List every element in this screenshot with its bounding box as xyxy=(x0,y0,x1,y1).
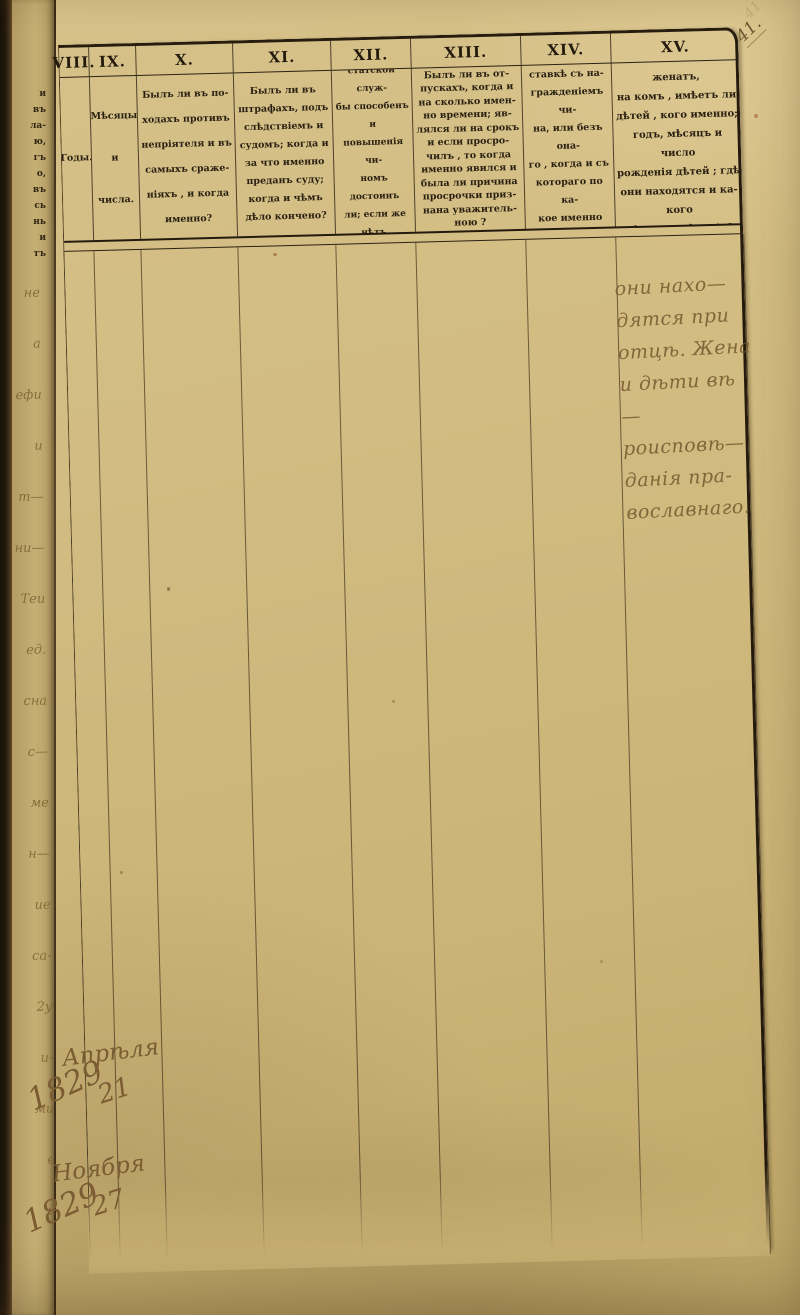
handwritten-family-note: они нахо— дятся при отцѣ. Жена и дѣти вѣ… xyxy=(614,266,761,529)
column-x-numeral: X. xyxy=(136,43,234,75)
paper-speck xyxy=(600,960,603,963)
paper-speck xyxy=(392,700,395,703)
table-bottom-fade xyxy=(87,1166,770,1274)
column-x-heading: Былъ ли въ по- ходахъ противъ непріятеля… xyxy=(137,73,238,238)
column-xiii-numeral: XIII. xyxy=(411,36,522,68)
paper-speck xyxy=(120,871,123,874)
column-xiv-numeral: XIV. xyxy=(521,34,612,65)
column-xi-heading: Былъ ли въ штрафахъ, подъ слѣдствіемъ и … xyxy=(234,71,336,237)
column-xiv-heading: Былъ ли въ от- ставкѣ съ на- гражденіемъ… xyxy=(522,64,616,229)
column-headings-row: Годы. Мѣсяцы и числа. Былъ ли въ по- ход… xyxy=(60,60,740,241)
column-ix-numeral: IX. xyxy=(89,46,137,76)
scanned-service-record-page: { "page": { "folio_number": "41.", "foli… xyxy=(0,0,800,1315)
column-xv-numeral: XV. xyxy=(611,30,740,62)
service-record-table: VIII. IX. X. XI. XII. XIII. XIV. XV. Год… xyxy=(58,27,770,1268)
column-xiii-heading: Былъ ли въ от- пускахъ, когда и на сколь… xyxy=(412,66,526,232)
margin-printed-text-fragments: и въ ла- ю, гъ о, въ сь нь и тъ xyxy=(10,86,46,262)
column-viii-numeral: VIII. xyxy=(59,47,90,77)
paper-speck xyxy=(273,253,277,256)
column-viii-heading: Годы. xyxy=(60,77,94,241)
column-ix-heading: Мѣсяцы и числа. xyxy=(90,76,141,240)
paper-speck xyxy=(754,114,758,118)
column-xi-numeral: XI. xyxy=(233,41,332,73)
column-xv-heading: Холостъ или женатъ, на комъ , имѣетъ ли … xyxy=(612,60,744,226)
column-xii-heading: Къ продолженію статской служ- бы способе… xyxy=(332,69,416,234)
column-xii-numeral: XII. xyxy=(331,39,412,70)
paper-speck xyxy=(167,587,170,591)
